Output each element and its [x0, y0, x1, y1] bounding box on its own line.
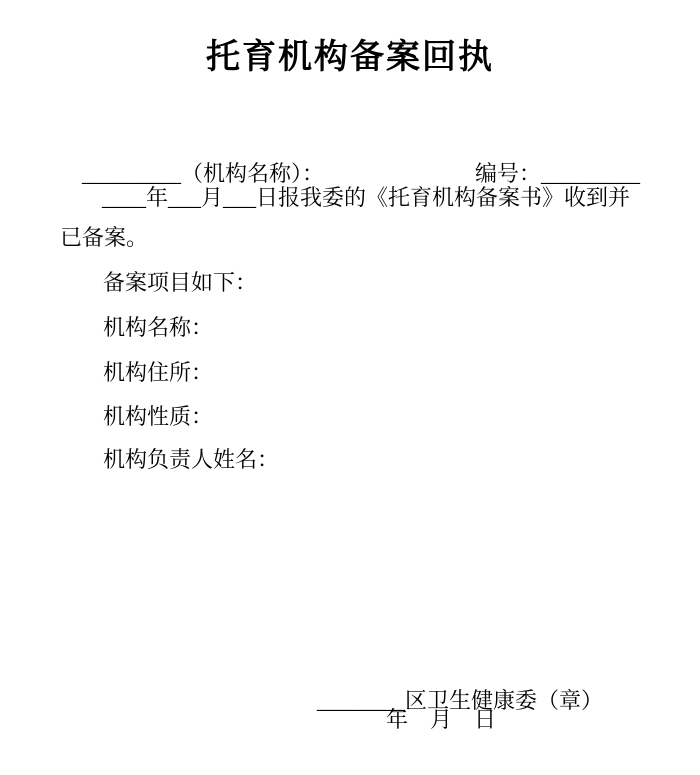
signature-date-line: 年 月 日	[295, 708, 587, 732]
body-paragraph-line-2: 已备案。	[60, 226, 148, 250]
item-org-nature: 机构性质：	[103, 405, 213, 429]
item-org-address: 机构住所：	[103, 361, 213, 385]
org-name-blank: _________	[82, 161, 181, 186]
filing-items-heading: 备案项目如下：	[103, 271, 257, 295]
item-org-head-name: 机构负责人姓名：	[103, 448, 279, 472]
receipt-number-blank: _________	[541, 161, 640, 186]
org-name-label: （机构名称）：	[181, 161, 324, 186]
body-paragraph-line-1: ____年___月___日报我委的《托育机构备案书》收到并	[102, 186, 630, 210]
document-title: 托育机构备案回执	[0, 40, 700, 76]
item-org-name: 机构名称：	[103, 316, 213, 340]
document-page: 托育机构备案回执 _________（机构名称）： 编号：_________ _…	[0, 0, 700, 775]
receipt-number-label: 编号：	[475, 161, 541, 186]
